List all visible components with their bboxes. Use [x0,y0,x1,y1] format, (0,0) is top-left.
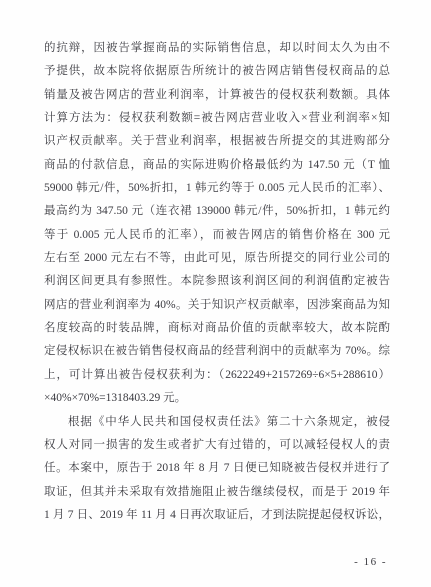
text-line: 上，可计算出被告侵权获利为：（2622249+2157269÷6×5+28861… [44,364,390,387]
text-line: 最高约为 347.50 元（连衣裙 139000 韩元/件，50%折扣，1 韩元… [44,200,390,223]
text-line: 任。本案中，原告于 2018 年 8 月 7 日便已知晓被告侵权并进行了 [44,457,390,480]
text-line: 的抗辩，因被告掌握商品的实际销售信息，却以时间太久为由不 [44,37,390,60]
text-line: 予提供，故本院将依据原告所统计的被告网店销售侵权商品的总 [44,60,390,83]
text-line: 识产权贡献率。关于营业利润率，根据被告所提交的其进购部分 [44,130,390,153]
text-line: 利润区间更具有参照性。本院参照该利润区间的利润值酌定被告 [44,270,390,293]
text-line: 商品的付款信息，商品的实际进购价格最低约为 147.50 元（T 恤 [44,154,390,177]
text-line: 根据《中华人民共和国侵权责任法》第二十六条规定，被侵 [44,411,390,434]
page-number: - 16 - [354,556,387,568]
text-line: 59000 韩元/件，50%折扣，1 韩元约等于 0.005 元人民币的汇率）、 [44,177,390,200]
text-line: 1 月 7 日、2019 年 11 月 4 日再次取证后，才到法院提起侵权诉讼， [44,504,390,527]
text-line: 取证，但其并未采取有效措施阻止被告继续侵权，而是于 2019 年 [44,481,390,504]
text-line: 定侵权标识在被告销售侵权商品的经营利润中的贡献率为 70%。综 [44,340,390,363]
text-line: 计算方法为：侵权获利数额=被告网店营业收入×营业利润率×知 [44,107,390,130]
text-line: 销量及被告网店的营业利润率，计算被告的侵权获利数额。具体 [44,84,390,107]
text-line: 左右至 2000 元左右不等，由此可见，原告所提交的同行业公司的 [44,247,390,270]
text-line: 网店的营业利润率为 40%。关于知识产权贡献率，因涉案商品为知 [44,294,390,317]
text-line: 名度较高的时装品牌，商标对商品价值的贡献率较大，故本院酌 [44,317,390,340]
page-body: 的抗辩，因被告掌握商品的实际销售信息，却以时间太久为由不 予提供，故本院将依据原… [44,37,390,527]
text-line: 等于 0.005 元人民币的汇率），而被告网店的销售价格在 300 元 [44,224,390,247]
text-line: 权人对同一损害的发生或者扩大有过错的，可以减轻侵权人的责 [44,434,390,457]
text-line: ×40%×70%=1318403.29 元。 [44,387,390,410]
document-page: 的抗辩，因被告掌握商品的实际销售信息，却以时间太久为由不 予提供，故本院将依据原… [0,0,431,587]
